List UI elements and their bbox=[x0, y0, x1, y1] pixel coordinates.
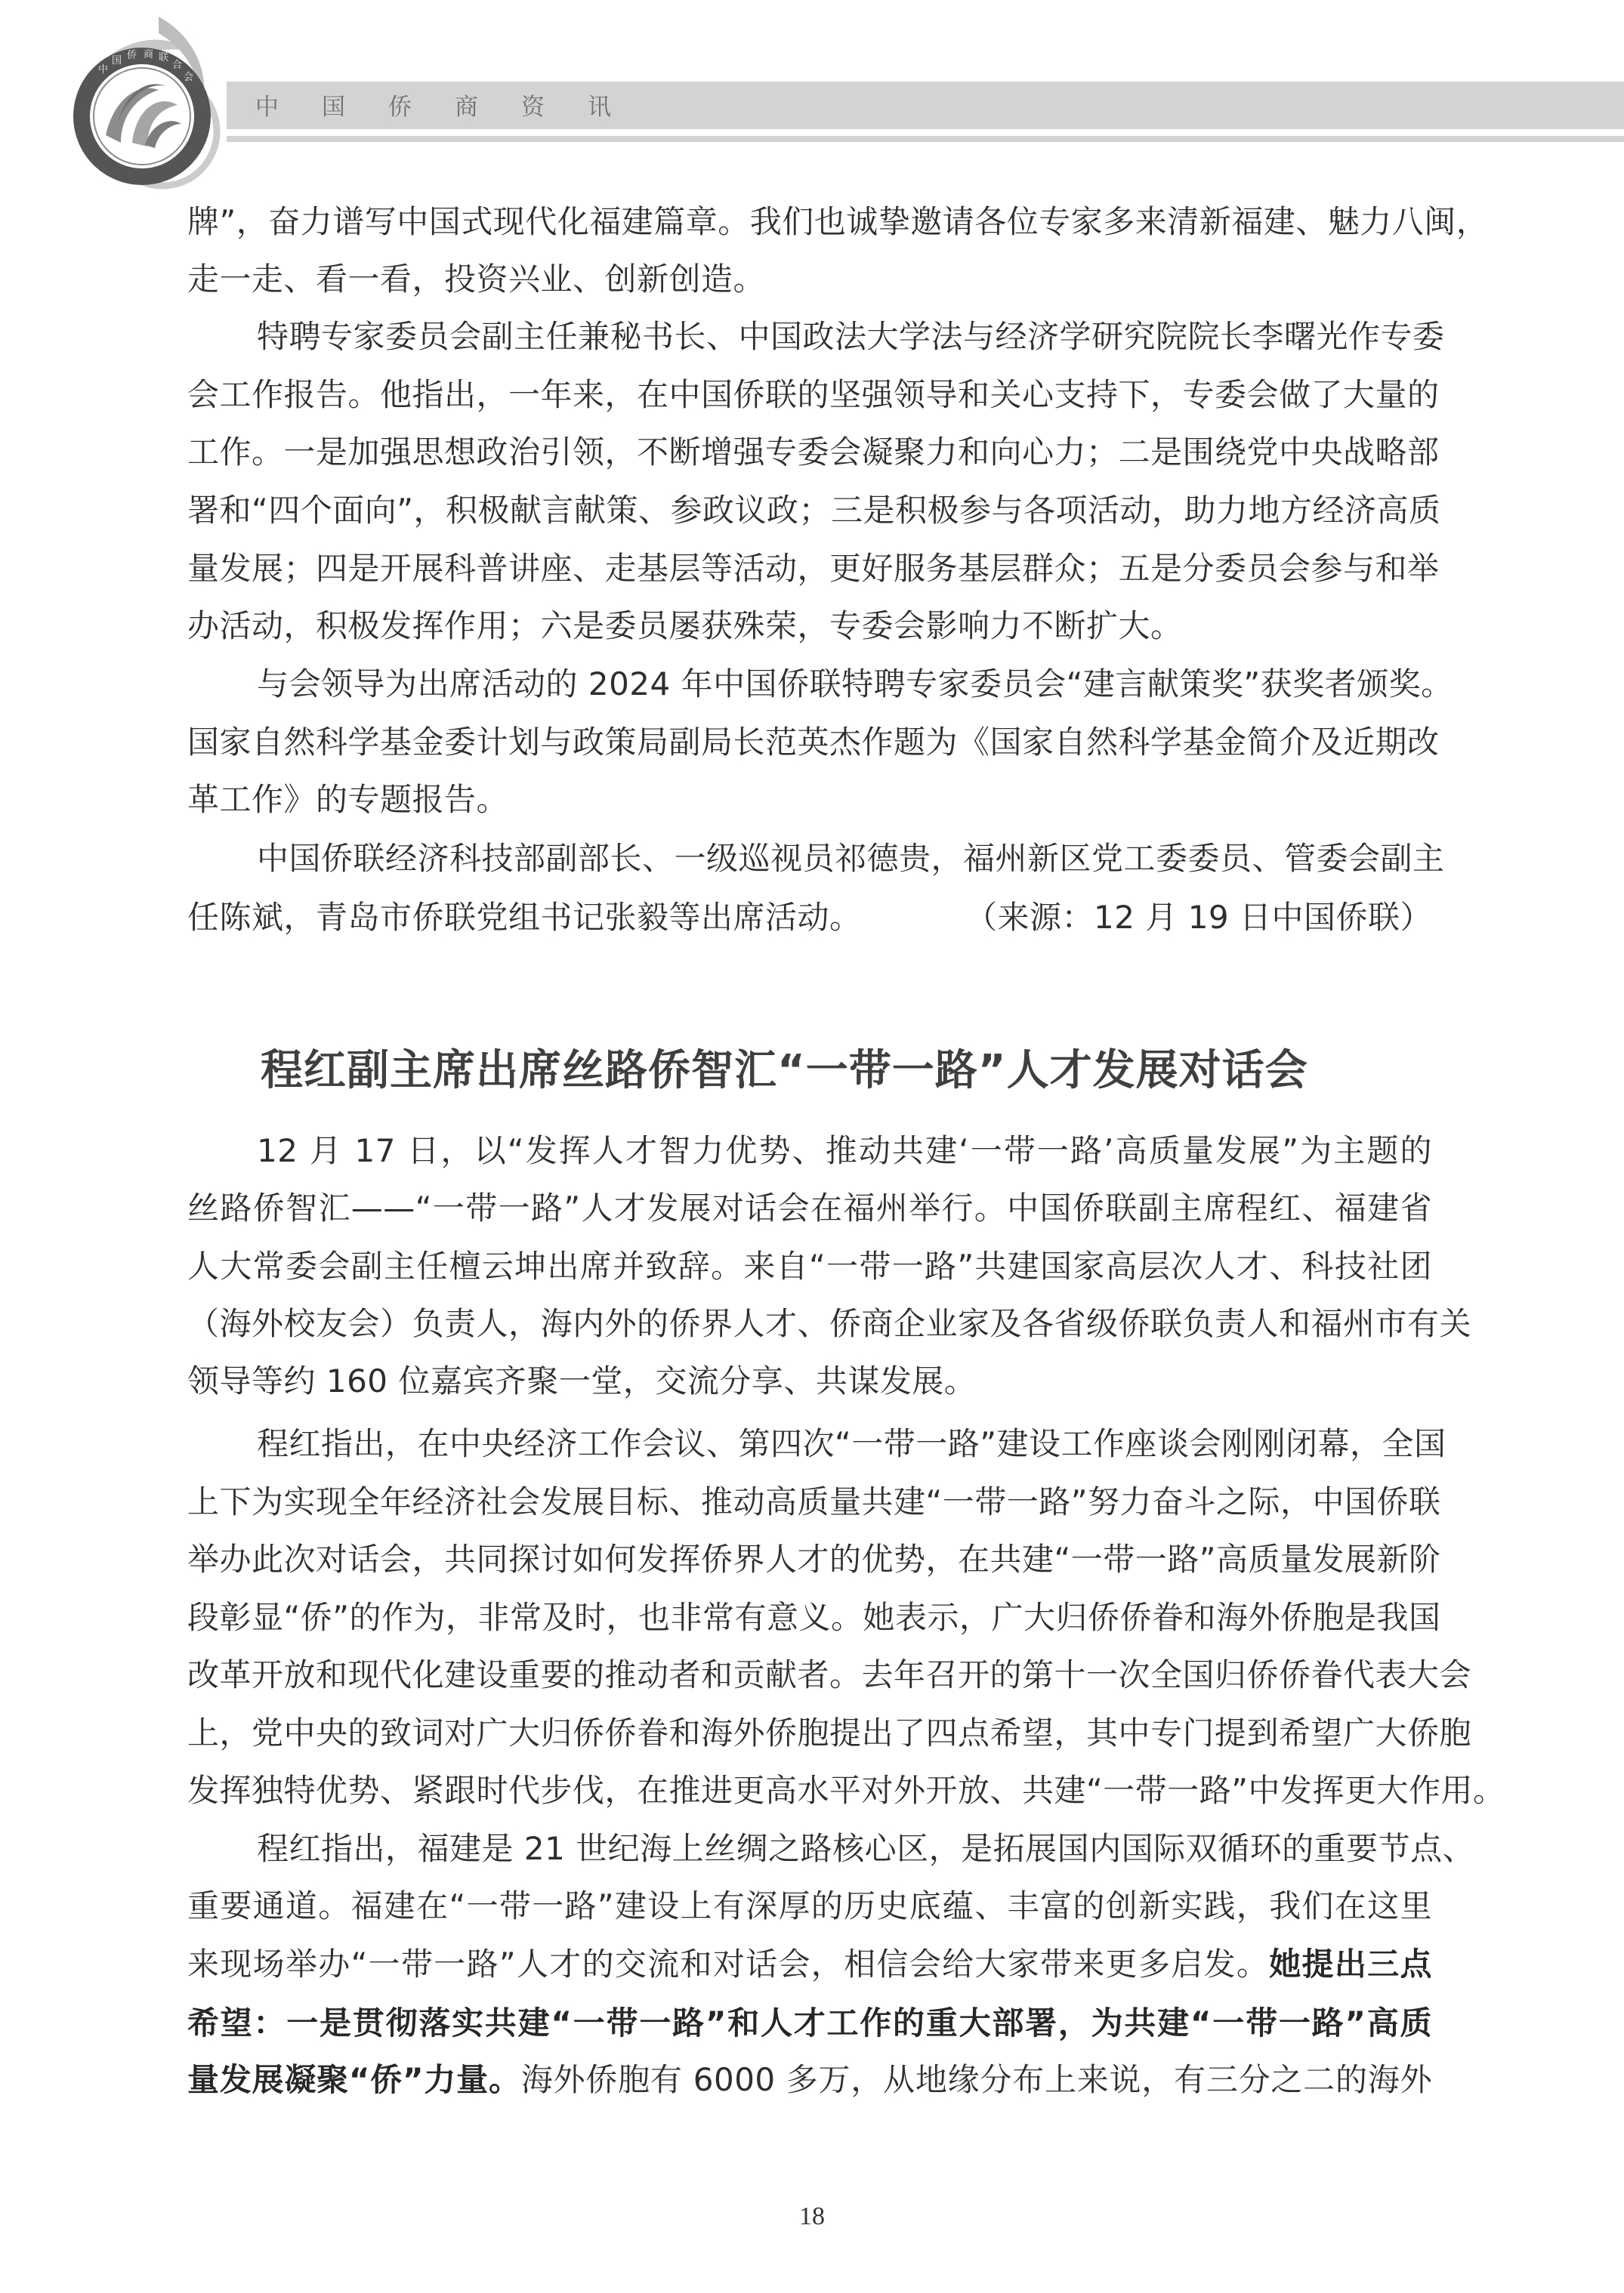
body-line: 任陈斌，青岛市侨联党组书记张毅等出席活动。 （来源：12 月 19 日中国侨联） bbox=[187, 900, 1432, 936]
publication-title-char: 中 bbox=[255, 91, 322, 124]
publication-title-char: 讯 bbox=[588, 91, 654, 124]
body-line: 中国侨联经济科技部副部长、一级巡视员祁德贵，福州新区党工委委员、管委会副主 bbox=[257, 841, 1432, 877]
body-line: 来现场举办“一带一路”人才的交流和对话会，相信会给大家带来更多启发。她提出三点 bbox=[187, 1946, 1432, 1983]
svg-text:商: 商 bbox=[144, 48, 153, 60]
page-number: 18 bbox=[793, 2202, 831, 2231]
emphasis-text: 量发展凝聚“侨”力量。 bbox=[187, 2061, 521, 2098]
emphasis-text: 希望：一是贯彻落实共建“一带一路”和人才工作的重大部署，为共建“一带一路”高质 bbox=[187, 2004, 1432, 2041]
publication-title-char: 国 bbox=[322, 91, 388, 124]
body-line: 国家自然科学基金委计划与政策局副局长范英杰作题为《国家自然科学基金简介及近期改 bbox=[187, 724, 1432, 761]
svg-text:中: 中 bbox=[98, 63, 108, 76]
body-line: 量发展；四是开展科普讲座、走基层等活动，更好服务基层群众；五是分委员会参与和举 bbox=[187, 551, 1432, 587]
body-line: 举办此次对话会，共同探讨如何发挥侨界人才的优势，在共建“一带一路”高质量发展新阶 bbox=[187, 1542, 1432, 1578]
header-rule bbox=[227, 136, 1624, 142]
body-line: 与会领导为出席活动的 2024 年中国侨联特聘专家委员会“建言献策奖”获奖者颁奖… bbox=[257, 666, 1432, 702]
body-line: 希望：一是贯彻落实共建“一带一路”和人才工作的重大部署，为共建“一带一路”高质 bbox=[187, 2005, 1432, 2041]
body-text: 程红指出，福建是 21 世纪海上丝绸之路核心区，是拓展国内国际双循环的重要节点、 bbox=[257, 1830, 1474, 1867]
body-line: 走一走、看一看，投资兴业、创新创造。 bbox=[187, 261, 1432, 298]
body-line: 署和“四个面向”，积极献言献策、参政议政；三是积极参与各项活动，助力地方经济高质 bbox=[187, 492, 1432, 529]
publication-title: 中 国 侨 商 资 讯 bbox=[255, 91, 654, 124]
publication-title-char: 资 bbox=[521, 91, 588, 124]
body-line: 工作。一是加强思想政治引领，不断增强专委会凝聚力和向心力；二是围绕党中央战略部 bbox=[187, 434, 1432, 471]
body-line: 上下为实现全年经济社会发展目标、推动高质量共建“一带一路”努力奋斗之际，中国侨联 bbox=[187, 1484, 1432, 1520]
publication-title-char: 侨 bbox=[388, 91, 455, 124]
body-text: 来现场举办“一带一路”人才的交流和对话会，相信会给大家带来更多启发。 bbox=[187, 1946, 1269, 1983]
body-line: 发挥独特优势、紧跟时代步伐，在推进更高水平对外开放、共建“一带一路”中发挥更大作… bbox=[187, 1773, 1432, 1809]
body-line: 办活动，积极发挥作用；六是委员屡获殊荣，专委会影响力不断扩大。 bbox=[187, 608, 1432, 644]
body-text: 任陈斌，青岛市侨联党组书记张毅等出席活动。 bbox=[187, 899, 862, 936]
body-line: 段彰显“侨”的作为，非常及时，也非常有意义。她表示，广大归侨侨眷和海外侨胞是我国 bbox=[187, 1600, 1432, 1636]
body-line: 牌”，奋力谱写中国式现代化福建篇章。我们也诚挚邀请各位专家多来清新福建、魅力八闽… bbox=[187, 204, 1432, 240]
body-line: 特聘专家委员会副主任兼秘书长、中国政法大学法与经济学研究院院长李曙光作专委 bbox=[257, 319, 1432, 355]
body-line: 革工作》的专题报告。 bbox=[187, 782, 1432, 818]
body-line: 领导等约 160 位嘉宾齐聚一堂，交流分享、共谋发展。 bbox=[187, 1363, 1432, 1400]
body-line: 改革开放和现代化建设重要的推动者和贡献者。去年召开的第十一次全国归侨侨眷代表大会 bbox=[187, 1657, 1432, 1693]
body-line: （海外校友会）负责人，海内外的侨界人才、侨商企业家及各省级侨联负责人和福州市有关 bbox=[187, 1306, 1432, 1342]
svg-text:联: 联 bbox=[159, 52, 168, 63]
body-line: 人大常委会副主任檀云坤出席并致辞。来自“一带一路”共建国家高层次人才、科技社团 bbox=[187, 1248, 1432, 1285]
body-line: 上，党中央的致词对广大归侨侨眷和海外侨胞提出了四点希望，其中专门提到希望广大侨胞 bbox=[187, 1715, 1432, 1751]
body-line: 丝路侨智汇——“一带一路”人才发展对话会在福州举行。中国侨联副主席程红、福建省 bbox=[187, 1190, 1432, 1227]
source-credit: （来源：12 月 19 日中国侨联） bbox=[965, 900, 1432, 936]
svg-text:会: 会 bbox=[184, 72, 193, 83]
body-line: 量发展凝聚“侨”力量。海外侨胞有 6000 多万，从地缘分布上来说，有三分之二的… bbox=[187, 2062, 1432, 2098]
body-line: 会工作报告。他指出，一年来，在中国侨联的坚强领导和关心支持下，专委会做了大量的 bbox=[187, 377, 1432, 413]
publication-title-char: 商 bbox=[455, 91, 521, 124]
emphasis-text: 她提出三点 bbox=[1269, 1946, 1432, 1983]
body-line: 12 月 17 日，以“发挥人才智力优势、推动共建‘一带一路’高质量发展”为主题… bbox=[257, 1133, 1432, 1169]
body-line: 程红指出，在中央经济工作会议、第四次“一带一路”建设工作座谈会刚刚闭幕，全国 bbox=[257, 1426, 1432, 1462]
association-emblem-icon: 中国侨 商联合会 bbox=[45, 11, 272, 199]
article-title: 程红副主席出席丝路侨智汇“一带一路”人才发展对话会 bbox=[261, 1039, 1363, 1103]
svg-text:国: 国 bbox=[112, 55, 122, 66]
body-line: 程红指出，福建是 21 世纪海上丝绸之路核心区，是拓展国内国际双循环的重要节点、 bbox=[257, 1831, 1432, 1867]
svg-text:合: 合 bbox=[172, 60, 182, 71]
body-text: 海外侨胞有 6000 多万，从地缘分布上来说，有三分之二的海外 bbox=[521, 2061, 1432, 2098]
body-text: 重要通道。福建在“一带一路”建设上有深厚的历史底蕴、丰富的创新实践，我们在这里 bbox=[187, 1887, 1432, 1924]
svg-text:侨: 侨 bbox=[127, 50, 137, 61]
body-line: 重要通道。福建在“一带一路”建设上有深厚的历史底蕴、丰富的创新实践，我们在这里 bbox=[187, 1888, 1432, 1924]
